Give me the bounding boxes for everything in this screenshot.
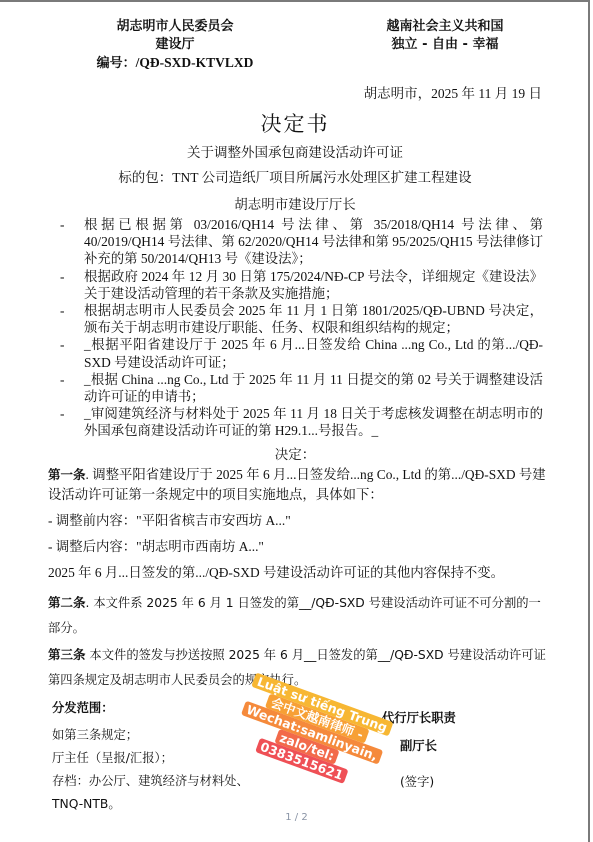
signature-placeholder: (签字) (382, 772, 482, 790)
document-page: 胡志明市人民委员会 建设厅 编号：/QĐ-SXD-KTVLXD 越南社会主义共和… (0, 0, 590, 842)
country-name: 越南社会主义共和国 (355, 18, 535, 36)
legal-basis-item: -根据已根据第 03/2016/QH14 号法律、第 35/2018/QH14 … (60, 216, 543, 268)
signer-role-deputy: 副厅长 (382, 736, 482, 754)
article-1-after: - 调整后内容："胡志明市西南坊 A..." (48, 537, 548, 557)
document-title: 决定书 (0, 108, 590, 138)
authority-name: 胡志明市人民委员会 (80, 18, 270, 36)
document-number: 编号：/QĐ-SXD-KTVLXD (80, 54, 270, 73)
article-2: 第二条. 本文件系 2025 年 6 月 1 日签发的第__/QĐ-SXD 号建… (48, 590, 548, 641)
page-indicator: 1 / 2 (0, 812, 593, 823)
national-header: 越南社会主义共和国 独立 - 自由 - 幸福 (355, 18, 535, 54)
national-motto: 独立 - 自由 - 幸福 (355, 36, 535, 54)
legal-basis-list: -根据已根据第 03/2016/QH14 号法律、第 35/2018/QH14 … (60, 216, 543, 440)
legal-basis-item: -_根据 China ...ng Co., Ltd 于 2025 年 11 月 … (60, 371, 543, 405)
article-3: 第三条 本文件的签发与抄送按照 2025 年 6 月__日签发的第__/QĐ-S… (48, 642, 548, 693)
distribution-line: 存档：办公厅、建筑经济与材料处、 (52, 770, 272, 793)
article-1-before: - 调整前内容："平阳省槟吉市安西坊 A..." (48, 511, 548, 531)
signature-block: 代行厅长职责 副厅长 (签字) (382, 708, 482, 790)
package-name: 标的包：TNT 公司造纸厂项目所属污水处理区扩建工程建设 (0, 166, 590, 186)
document-subtitle: 关于调整外国承包商建设活动许可证 (0, 141, 590, 161)
article-1: 第一条. 调整平阳省建设厅于 2025 年 6 月...日签发给...ng Co… (48, 465, 548, 583)
article-1-body: 第一条. 调整平阳省建设厅于 2025 年 6 月...日签发给...ng Co… (48, 465, 548, 505)
department-name: 建设厅 (80, 36, 270, 54)
article-1-remain: 2025 年 6 月...日签发的第.../QĐ-SXD 号建设活动许可证的其他… (48, 563, 548, 583)
issuer-title: 胡志明市建设厅厅长 (0, 193, 590, 213)
distribution-line: 厅主任（呈报/汇报）； (52, 747, 272, 770)
signer-role-acting: 代行厅长职责 (382, 708, 482, 726)
legal-basis-item: -_审阅建筑经济与材料处于 2025 年 11 月 18 日关于考虑核发调整在胡… (60, 405, 543, 439)
legal-basis-item: -根据胡志明市人民委员会 2025 年 11 月 1 日第 1801/2025/… (60, 302, 543, 336)
place-date: 胡志明市，2025 年 11 月 19 日 (300, 82, 542, 102)
legal-basis-item: -_根据平阳省建设厅于 2025 年 6 月...日签发给 China ...n… (60, 336, 543, 370)
decided-heading: 决定： (0, 443, 590, 463)
issuing-authority-block: 胡志明市人民委员会 建设厅 编号：/QĐ-SXD-KTVLXD (80, 18, 270, 73)
legal-basis-item: -根据政府 2024 年 12 月 30 日第 175/2024/NĐ-CP 号… (60, 268, 543, 302)
